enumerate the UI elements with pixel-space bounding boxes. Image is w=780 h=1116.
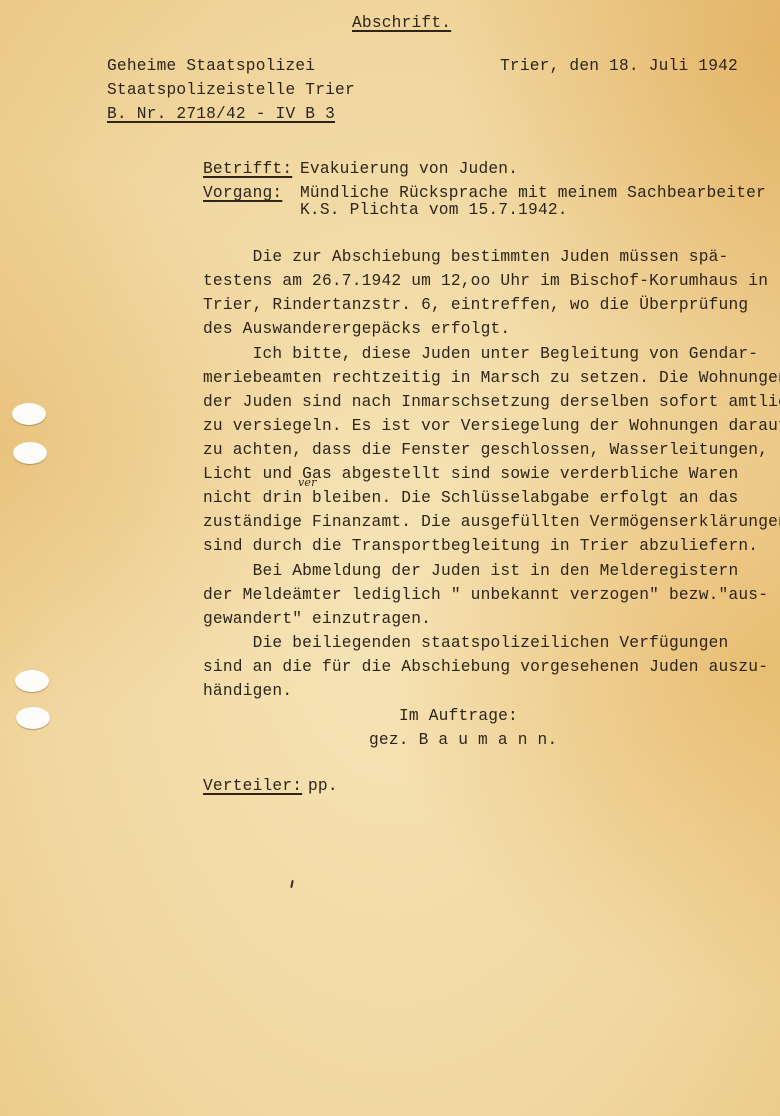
place-date: Trier, den 18. Juli 1942: [500, 56, 738, 76]
body-line: Die beiliegenden staatspolizeilichen Ver…: [203, 633, 728, 653]
signature-authority: Im Auftrage:: [399, 706, 518, 726]
body-line: zu achten, dass die Fenster geschlossen,…: [203, 440, 768, 460]
document-title: Abschrift.: [352, 13, 451, 33]
distribution-text: pp.: [308, 776, 338, 796]
subject-text: Evakuierung von Juden.: [300, 159, 518, 179]
sender-agency: Geheime Staatspolizei: [107, 56, 315, 76]
body-line: Trier, Rindertanzstr. 6, eintreffen, wo …: [203, 295, 748, 315]
distribution-label: Verteiler:: [203, 776, 302, 796]
body-line: meriebeamten rechtzeitig in Marsch zu se…: [203, 368, 780, 388]
reference-number: B. Nr. 2718/42 - IV B 3: [107, 104, 335, 124]
scanned-document-page: Abschrift. Geheime Staatspolizei Staatsp…: [0, 0, 780, 1116]
punch-hole: [16, 707, 50, 729]
body-line: zu versiegeln. Es ist vor Versiegelung d…: [203, 416, 780, 436]
procedure-line-2: K.S. Plichta vom 15.7.1942.: [300, 200, 568, 220]
body-line: des Auswanderergepäcks erfolgt.: [203, 319, 510, 339]
ink-speck: [290, 880, 294, 888]
body-line: sind an die für die Abschiebung vorgeseh…: [203, 657, 768, 677]
handwritten-correction: ver: [298, 476, 317, 489]
signature-name: gez. B a u m a n n.: [369, 730, 557, 750]
body-line: händigen.: [203, 681, 292, 701]
body-line: gewandert" einzutragen.: [203, 609, 431, 629]
body-line: sind durch die Transportbegleitung in Tr…: [203, 536, 758, 556]
sender-office: Staatspolizeistelle Trier: [107, 80, 355, 100]
body-line: Licht und Gas abgestellt sind sowie verd…: [203, 464, 738, 484]
body-line: der Meldeämter lediglich " unbekannt ver…: [203, 585, 768, 605]
subject-label: Betrifft:: [203, 159, 292, 179]
body-line: testens am 26.7.1942 um 12,oo Uhr im Bis…: [203, 271, 768, 291]
body-line: Ich bitte, diese Juden unter Begleitung …: [203, 344, 758, 364]
procedure-label: Vorgang:: [203, 183, 282, 203]
punch-hole: [13, 442, 47, 464]
body-line: Die zur Abschiebung bestimmten Juden müs…: [203, 247, 728, 267]
body-line: Bei Abmeldung der Juden ist in den Melde…: [203, 561, 738, 581]
body-line: zuständige Finanzamt. Die ausgefüllten V…: [203, 512, 780, 532]
punch-hole: [12, 403, 46, 425]
body-line: der Juden sind nach Inmarschsetzung ders…: [203, 392, 780, 412]
body-line: nicht drin bleiben. Die Schlüsselabgabe …: [203, 488, 738, 508]
punch-hole: [15, 670, 49, 692]
